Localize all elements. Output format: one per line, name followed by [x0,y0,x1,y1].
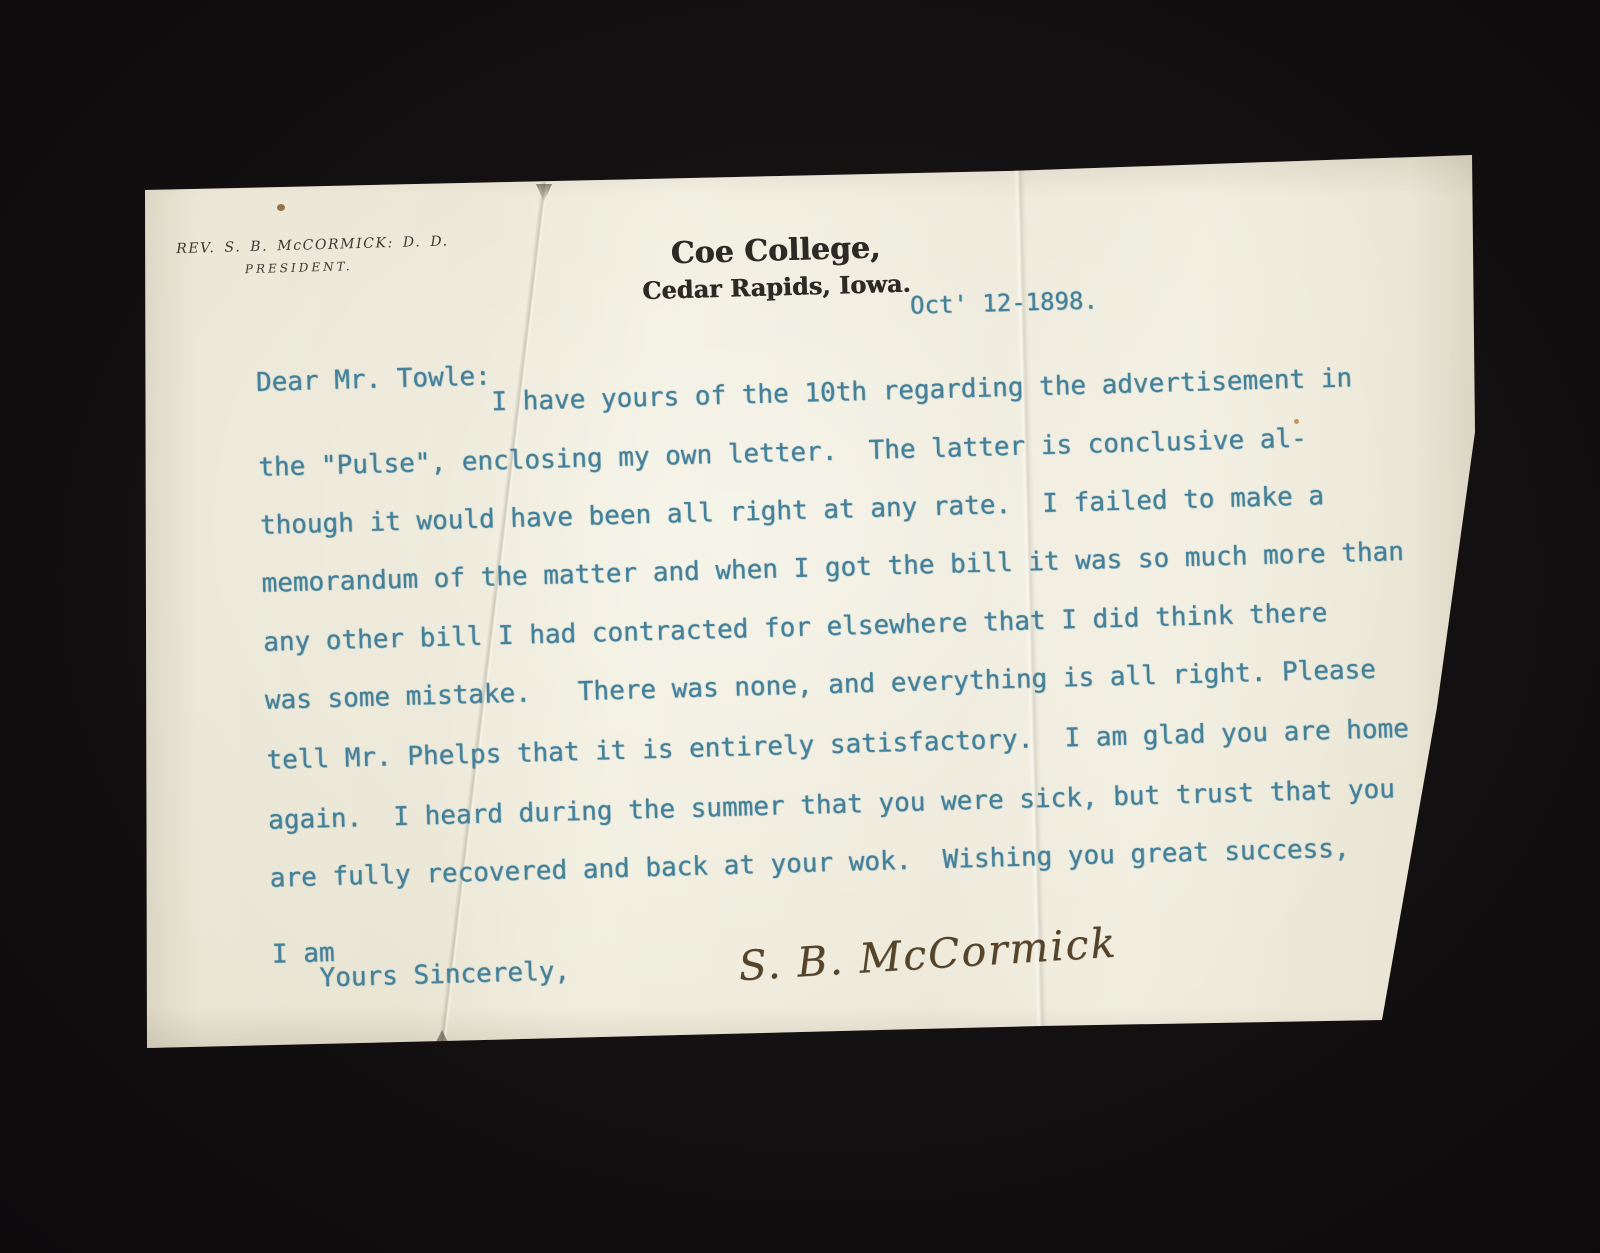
letterhead-college-name: Coe College, [640,233,911,271]
letterhead-sender-block: REV. S. B. McCORMICK: D. D. PRESIDENT. [176,234,421,278]
typed-line: tell Mr. Phelps that it is entirely sati… [266,716,1409,774]
letterhead-sender-name: REV. S. B. McCORMICK: D. D. [176,234,420,257]
letter-paper: REV. S. B. McCORMICK: D. D. PRESIDENT. C… [0,0,1600,1253]
typed-date: Oct' 12-1898. [910,286,1099,319]
letterhead-college-block: Coe College, Cedar Rapids, Iowa. [640,233,912,304]
typed-line: are fully recovered and back at your wok… [269,836,1349,892]
letterhead-sender-title: PRESIDENT. [177,257,421,278]
typed-line: Yours Sincerely, [272,958,570,992]
signature-handwriting: S. B. McCormick [737,919,1119,991]
letter-content: REV. S. B. McCORMICK: D. D. PRESIDENT. C… [0,0,1600,1253]
scanned-letter-photo: REV. S. B. McCORMICK: D. D. PRESIDENT. C… [0,0,1600,1253]
letterhead-college-location: Cedar Rapids, Iowa. [641,272,912,304]
typed-line: though it would have been all right at a… [260,483,1325,539]
typed-body: Dear Mr. Towle: I have yours of the 10th… [0,0,1583,4]
typed-line: any other bill I had contracted for else… [263,600,1328,656]
typed-line: was some mistake. There was none, and ev… [264,657,1376,714]
typed-line: the "Pulse", enclosing my own letter. Th… [258,426,1307,481]
typed-line: again. I heard during the summer that yo… [268,776,1395,833]
typed-line: memorandum of the matter and when I got … [261,539,1404,597]
